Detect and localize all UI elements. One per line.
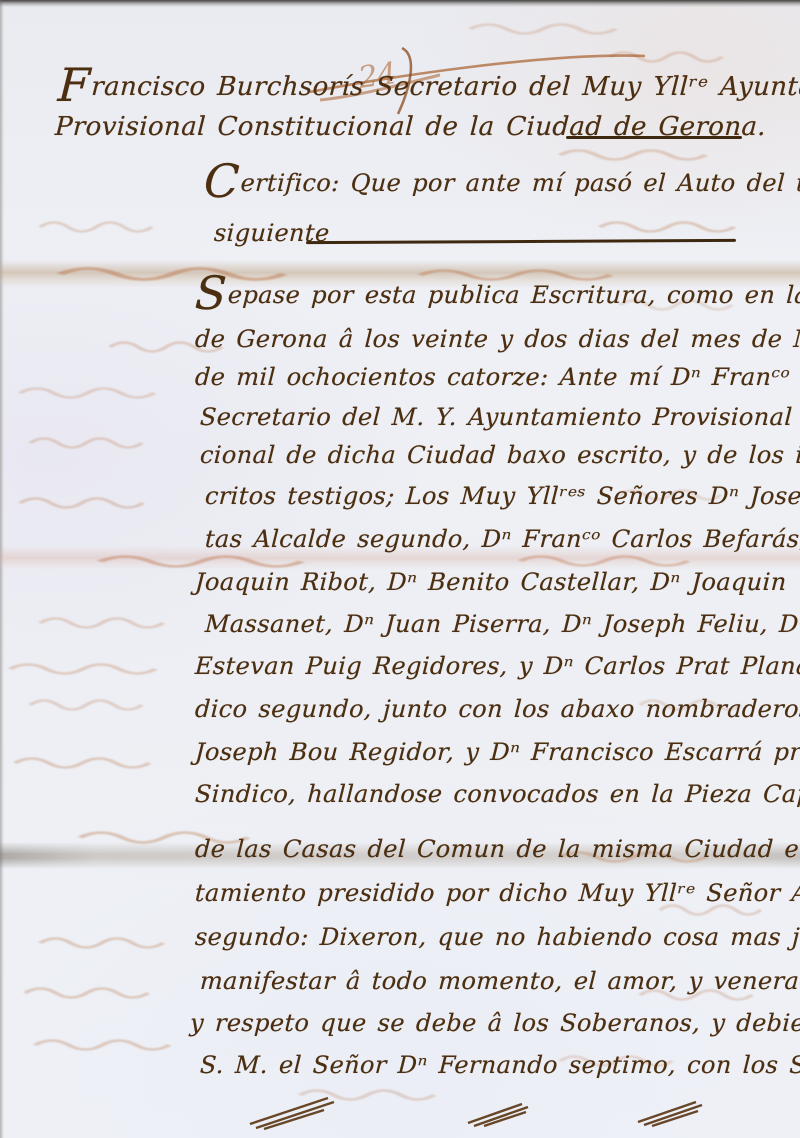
line-text: dico segundo, junto con los abaxo nombra… [194,695,800,723]
line-text: Secretario del M. Y. Ayuntamiento Provis… [199,403,800,431]
manuscript-line: y respeto que se debe â los Soberanos, y… [189,1008,800,1038]
line-text: de Gerona â los veinte y dos dias del me… [194,325,800,353]
line-text: de mil ochocientos catorze: Ante mí Dⁿ F… [194,363,800,391]
line-text: Joaquin Ribot, Dⁿ Benito Castellar, Dⁿ J… [194,568,787,596]
line-text: tas Alcalde segundo, Dⁿ Franᶜᵒ Carlos Be… [204,525,800,553]
manuscript-line: Secretario del M. Y. Ayuntamiento Provis… [199,402,800,432]
manuscript-line: tamiento presidido por dicho Muy Yllʳᵉ S… [194,878,800,908]
line-text: Massanet, Dⁿ Juan Piserra, Dⁿ Joseph Fel… [204,610,800,638]
manuscript-line: segundo: Dixeron, que no habiendo cosa m… [194,922,800,952]
manuscript-line: de Gerona â los veinte y dos dias del me… [194,324,800,354]
manuscript-line: S. M. el Señor Dⁿ Fernando septimo, con … [199,1050,800,1080]
manuscript-page: 24 Francisco Burchsorís Secretario del M… [0,0,800,1138]
ink-rule [566,136,742,139]
line-text: Estevan Puig Regidores, y Dⁿ Carlos Prat… [194,652,800,680]
manuscript-line: de las Casas del Comun de la misma Ciuda… [194,834,800,864]
certification-line-1: Certifico: Que por ante mí pasó el Auto … [203,168,800,198]
drop-cap: S [194,266,229,320]
manuscript-line: Estevan Puig Regidores, y Dⁿ Carlos Prat… [194,651,800,681]
line-text: critos testigos; Los Muy Yllʳᵉˢ Señores … [204,482,800,510]
header-line-1: Francisco Burchsorís Secretario del Muy … [57,72,800,102]
manuscript-line: Massanet, Dⁿ Juan Piserra, Dⁿ Joseph Fel… [204,609,800,639]
line-text: Sindico, hallandose convocados en la Pie… [194,780,800,808]
line-text: segundo: Dixeron, que no habiendo cosa m… [194,923,800,951]
line-text: cional de dicha Ciudad baxo escrito, y d… [199,441,800,469]
line-text: S. M. el Señor Dⁿ Fernando septimo, con … [199,1051,800,1079]
manuscript-line: Joaquin Ribot, Dⁿ Benito Castellar, Dⁿ J… [194,567,787,597]
manuscript-line: dico segundo, junto con los abaxo nombra… [194,694,800,724]
line-text: de las Casas del Comun de la misma Ciuda… [194,835,800,863]
line-text: Joseph Bou Regidor, y Dⁿ Francisco Escar… [194,738,800,766]
manuscript-line: tas Alcalde segundo, Dⁿ Franᶜᵒ Carlos Be… [204,524,800,554]
manuscript-line: manifestar â todo momento, el amor, y ve… [199,966,800,996]
manuscript-line: de mil ochocientos catorze: Ante mí Dⁿ F… [194,362,800,392]
line-text: tamiento presidido por dicho Muy Yllʳᵉ S… [194,879,800,907]
manuscript-line: Sepase por esta publica Escritura, como … [194,280,800,310]
line-text: epase por esta publica Escritura, como e… [227,281,800,309]
line-text: ertifico: Que por ante mí pasó el Auto d… [240,169,800,197]
manuscript-line: Joseph Bou Regidor, y Dⁿ Francisco Escar… [194,737,800,767]
line-text: y respeto que se debe â los Soberanos, y… [189,1009,800,1037]
drop-cap: F [57,58,92,112]
manuscript-line: Sindico, hallandose convocados en la Pie… [194,779,800,809]
drop-cap: C [203,154,241,208]
manuscript-line: cional de dicha Ciudad baxo escrito, y d… [199,440,800,470]
manuscript-line: critos testigos; Los Muy Yllʳᵉˢ Señores … [204,481,800,511]
line-text: manifestar â todo momento, el amor, y ve… [199,967,800,995]
line-filler-marks [240,1088,720,1133]
line-text: rancisco Burchsorís Secretario del Muy Y… [91,72,800,102]
